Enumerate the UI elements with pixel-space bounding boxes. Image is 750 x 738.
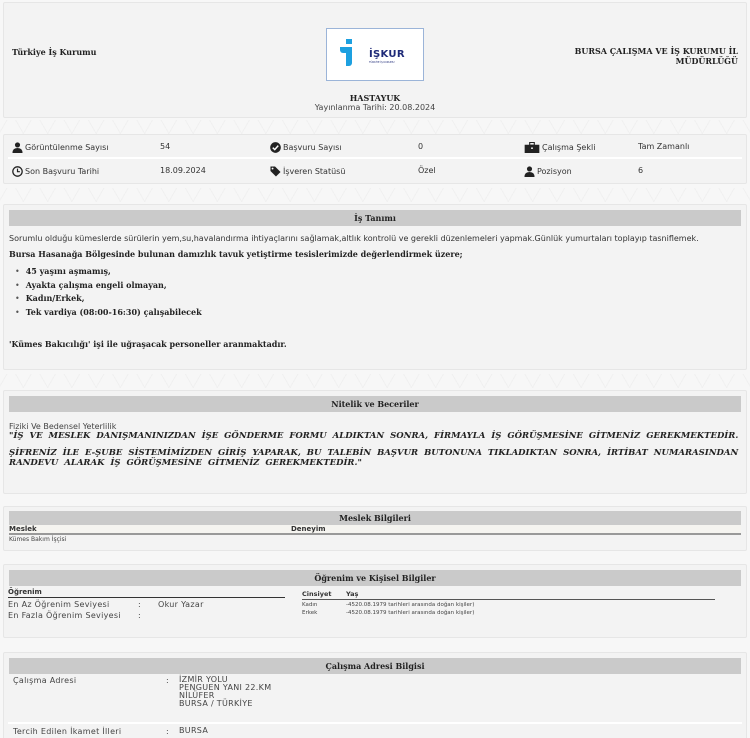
work-type-value: Tam Zamanlı [638, 142, 689, 151]
background-pattern [0, 120, 750, 134]
min-education-label: En Az Öğrenim Seviyesi [8, 600, 138, 609]
employer-status-label-cell: İşveren Statüsü [270, 166, 345, 177]
tag-icon [270, 166, 281, 177]
education-section: Öğrenim ve Kişisel Bilgiler Öğrenim En A… [3, 564, 747, 638]
age-value: -4520.08.1979 tarihleri arasında doğan k… [346, 602, 474, 608]
requirement-item: Tek vardiya (08:00-16:30) çalışabilecek [15, 306, 741, 320]
residence-label: Tercih Edilen İkamet İlleri [13, 727, 121, 736]
education-table: Öğrenim En Az Öğrenim Seviyesi : Okur Ya… [8, 588, 285, 620]
education-row: En Az Öğrenim Seviyesi : Okur Yazar [8, 600, 285, 609]
iskur-logo: İŞKUR TÜRKİYE İŞ KURUMU [326, 28, 424, 81]
deadline-label: Son Başvuru Tarihi [25, 167, 99, 176]
job-intro: Bursa Hasanağa Bölgesinde bulunan damızl… [9, 249, 741, 259]
deadline-label-cell: Son Başvuru Tarihi [12, 166, 99, 177]
deadline-value: 18.09.2024 [160, 166, 206, 175]
check-circle-icon [270, 142, 281, 153]
gender-header: Cinsiyet [302, 590, 346, 598]
stats-row: Görüntülenme Sayısı 54 Başvuru Sayısı 0 … [8, 137, 742, 159]
applications-label-cell: Başvuru Sayısı [270, 142, 342, 153]
gender-row: Erkek -4520.08.1979 tarihleri arasında d… [302, 610, 715, 616]
requirement-item: Ayakta çalışma engeli olmayan, [15, 279, 741, 293]
qualification-label: Fiziki Ve Bedensel Yeterlilik [9, 422, 741, 431]
publish-date: Yayınlanma Tarihi: 20.08.2024 [4, 103, 746, 112]
requirement-item: 45 yaşını aşmamış, [15, 265, 741, 279]
logo-wordmark: İŞKUR [369, 49, 405, 60]
user-icon [524, 166, 535, 177]
job-title: HASTAYUK [4, 93, 746, 103]
occupation-row: Kümes Bakım İşçisi [9, 536, 741, 543]
gender-row: Kadın -4520.08.1979 tarihleri arasında d… [302, 602, 715, 608]
applications-value: 0 [418, 142, 423, 151]
work-address-row: Çalışma Adresi : İZMİR YOLU PENGUEN YANI… [8, 676, 742, 724]
applications-label: Başvuru Sayısı [283, 143, 342, 152]
experience-column-header: Deneyim [291, 525, 326, 533]
views-label: Görüntülenme Sayısı [25, 143, 109, 152]
qualification-text: "İŞ VE MESLEK DANIŞMANINIZDAN İŞE GÖNDER… [9, 431, 741, 441]
iskur-logo-icon [340, 39, 354, 66]
job-summary: Sorumlu olduğu kümeslerde sürülerin yem,… [9, 234, 741, 243]
work-address-value: İZMİR YOLU PENGUEN YANI 22.KM NİLÜFER BU… [179, 676, 271, 708]
job-header: Türkiye İş Kurumu İŞKUR TÜRKİYE İŞ KURUM… [3, 2, 747, 118]
logo-subtitle: TÜRKİYE İŞ KURUMU [369, 61, 394, 64]
work-address-section: Çalışma Adresi Bilgisi Çalışma Adresi : … [3, 652, 747, 738]
background-pattern [0, 374, 750, 388]
work-address-label: Çalışma Adresi [13, 676, 76, 685]
qualification-text: ŞİFRENİZ İLE E-ŞUBE SİSTEMİMİZDEN GİRİŞ … [9, 448, 741, 468]
education-row: En Fazla Öğrenim Seviyesi : [8, 611, 285, 620]
gender-value: Erkek [302, 610, 346, 616]
occupation-column-header: Meslek [9, 525, 37, 533]
age-value: -4520.08.1979 tarihleri arasında doğan k… [346, 610, 474, 616]
job-description-section: İş Tanımı Sorumlu olduğu kümeslerde sürü… [3, 204, 747, 370]
views-label-cell: Görüntülenme Sayısı [12, 142, 109, 153]
requirement-item: Kadın/Erkek, [15, 292, 741, 306]
section-title: Nitelik ve Beceriler [9, 396, 741, 412]
occupation-table-header: Meslek Deneyim [9, 525, 741, 535]
age-header: Yaş [346, 590, 358, 598]
residence-value: BURSA [179, 727, 208, 735]
views-value: 54 [160, 142, 170, 151]
section-title: Meslek Bilgileri [9, 511, 741, 525]
section-title: Çalışma Adresi Bilgisi [9, 658, 741, 674]
section-title: İş Tanımı [9, 210, 741, 226]
positions-label-cell: Pozisyon [524, 166, 572, 177]
max-education-label: En Fazla Öğrenim Seviyesi [8, 611, 138, 620]
positions-label: Pozisyon [537, 167, 572, 176]
gender-age-header: Cinsiyet Yaş [302, 590, 715, 600]
requirements-list: 45 yaşını aşmamış, Ayakta çalışma engeli… [15, 265, 741, 319]
address-line: BURSA / TÜRKİYE [179, 700, 271, 708]
positions-value: 6 [638, 166, 643, 175]
org-name-left: Türkiye İş Kurumu [12, 47, 96, 57]
education-header: Öğrenim [8, 588, 285, 598]
briefcase-icon [524, 142, 540, 153]
background-pattern [0, 188, 750, 202]
job-closing: 'Kümes Bakıcılığı' işi ile uğraşacak per… [9, 339, 741, 349]
org-name-right: BURSA ÇALIŞMA VE İŞ KURUMU İL MÜDÜRLÜĞÜ [538, 46, 738, 66]
user-icon [12, 142, 23, 153]
job-stats: Görüntülenme Sayısı 54 Başvuru Sayısı 0 … [3, 134, 747, 184]
stats-row: Son Başvuru Tarihi 18.09.2024 İşveren St… [8, 161, 742, 183]
gender-value: Kadın [302, 602, 346, 608]
work-type-label: Çalışma Şekli [542, 143, 595, 152]
employer-status-label: İşveren Statüsü [283, 167, 345, 176]
gender-age-table: Cinsiyet Yaş Kadın -4520.08.1979 tarihle… [302, 590, 715, 616]
clock-icon [12, 166, 23, 177]
employer-status-value: Özel [418, 166, 436, 175]
work-type-label-cell: Çalışma Şekli [524, 142, 595, 153]
qualifications-section: Nitelik ve Beceriler Fiziki Ve Bedensel … [3, 390, 747, 494]
occupation-section: Meslek Bilgileri Meslek Deneyim Kümes Ba… [3, 506, 747, 551]
min-education-value: Okur Yazar [158, 600, 204, 609]
section-title: Öğrenim ve Kişisel Bilgiler [9, 570, 741, 586]
